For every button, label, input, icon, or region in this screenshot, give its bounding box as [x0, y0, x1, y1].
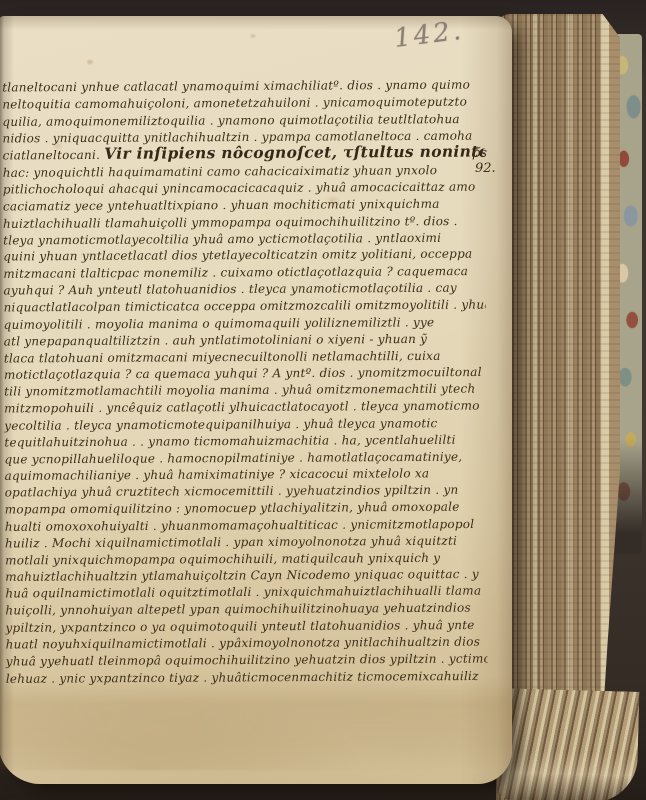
- book-fore-edge: [496, 10, 646, 800]
- manuscript-line: yecoltilia . tleyca ynamoticmotequipanil…: [4, 415, 486, 435]
- manuscript-line: motictlaçotlazquia ? ca quemaca yuhqui ?…: [4, 364, 486, 384]
- page-fan-bottom: [497, 688, 640, 800]
- manuscript-line: hac: ynoquichtli haquimamatini camo caha…: [3, 162, 485, 182]
- photo-backdrop: 142. p̃s 92. tlaneltocani ynhue catlacat…: [0, 0, 646, 800]
- manuscript-line: huiztlachihualli tlamahuiçolli ymmopampa…: [3, 213, 485, 233]
- manuscript-line: lehuaz . ynic yxpantzinco tiyaz . yhuâti…: [6, 667, 488, 687]
- manuscript-line: mitzmacani tlalticpac monemiliz . cuixam…: [3, 263, 485, 283]
- manuscript-text: tlaneltocani ynhue catlacatl ynamoquimi …: [2, 77, 488, 687]
- manuscript-line-prefix: ciatlaneltocani.: [3, 148, 101, 163]
- manuscript-line: ciatlaneltocani. Vir inſipiens nôcognoſc…: [3, 144, 485, 165]
- manuscript-line: quimoyolitili . moyolia manima o quimoma…: [4, 314, 486, 334]
- manuscript-line: quilia, amoquimonemiliztoquilia . ynamon…: [2, 111, 484, 131]
- water-stain: [0, 678, 512, 770]
- manuscript-line: mahuiztlachihualtzin ytlamahuiçoltzin Ca…: [5, 566, 487, 586]
- manuscript-page: 142. p̃s 92. tlaneltocani ynhue catlacat…: [0, 16, 512, 784]
- manuscript-line: aquimomachilianiye . yhuâ hamiximatiniye…: [5, 465, 487, 485]
- folio-number: 142.: [393, 12, 496, 54]
- page-edge-stack: [496, 14, 620, 800]
- manuscript-line: hualti omoxoxohuiyalti . yhuanmomamaçohu…: [5, 516, 487, 536]
- manuscript-line: ypiltzin, yxpantzinco o ya oquimotoquili…: [5, 617, 487, 637]
- latin-quote: Vir inſipiens nôcognoſcet, τſtultus noni…: [104, 144, 485, 163]
